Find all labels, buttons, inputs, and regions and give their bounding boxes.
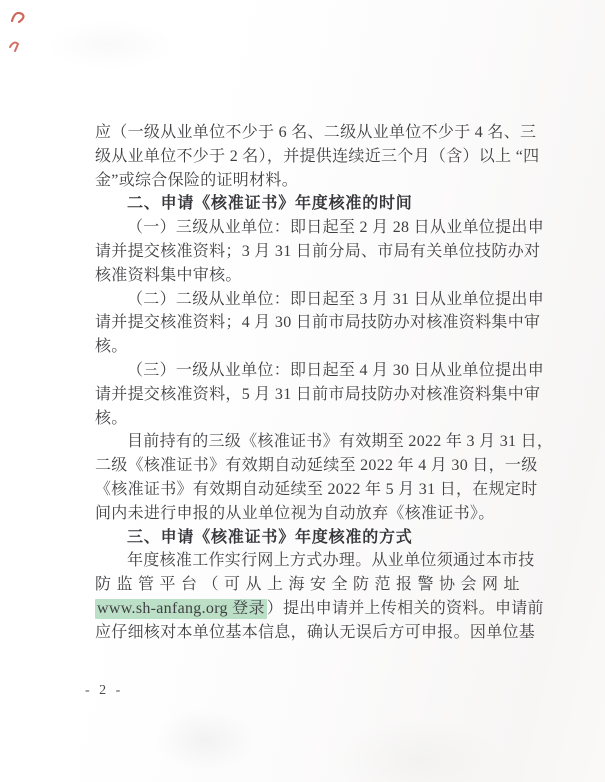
page-number: - 2 - [85,683,123,699]
text-line: 目前持有的三级《核准证书》有效期至 2022 年 3 月 31 日， [95,430,529,454]
text-line: 核。 [95,335,529,359]
document-page: 应（一级从业单位不少于 6 名、二级从业单位不少于 4 名、三 级从业单位不少于… [0,0,605,782]
text-line: 间内未进行申报的从业单位视为自动放弃《核准证书》。 [95,502,529,526]
text-line: （二）二级从业单位：即日起至 3 月 31 日从业单位提出申 [95,288,529,312]
text-line: 应（一级从业单位不少于 6 名、二级从业单位不少于 4 名、三 [95,121,529,145]
text-line: 请并提交核准资料；3 月 31 日前分局、市局有关单位技防办对 [95,240,529,264]
red-pen-marks-icon [5,6,33,58]
text-line: 应仔细核对本单位基本信息，确认无误后方可申报。因单位基 [95,621,529,645]
text-line: （三）一级从业单位：即日起至 4 月 30 日从业单位提出申 [95,359,529,383]
text-after-url: ）提出申请并上传相关的资料。申请前 [267,600,544,617]
text-line: 年度核准工作实行网上方式办理。从业单位须通过本市技 [95,549,529,573]
heading-section-2: 二、申请《核准证书》年度核准的时间 [95,192,529,216]
red-pen-mark-icon [10,43,18,51]
text-line: 核。 [95,407,529,431]
text-line: 核准资料集中审核。 [95,264,529,288]
text-line: （一）三级从业单位：即日起至 2 月 28 日从业单位提出申 [95,216,529,240]
text-line-with-url: www.sh-anfang.org 登录）提出申请并上传相关的资料。申请前 [95,597,529,621]
text-line: 金”或综合保险的证明材料。 [95,169,529,193]
text-line: 《核准证书》有效期自动延续至 2022 年 5 月 31 日，在规定时 [95,478,529,502]
text-line: 请并提交核准资料，5 月 31 日前市局技防办对核准资料集中审 [95,383,529,407]
text-line: 请并提交核准资料；4 月 30 日前市局技防办对核准资料集中审 [95,311,529,335]
heading-section-3: 三、申请《核准证书》年度核准的方式 [95,526,529,550]
text-line: 防监管平台（可从上海安全防范报警协会网址 [95,573,529,597]
text-line: 二级《核准证书》有效期自动延续至 2022 年 4 月 30 日，一级 [95,454,529,478]
red-pen-mark-icon [12,13,23,22]
document-body: 应（一级从业单位不少于 6 名、二级从业单位不少于 4 名、三 级从业单位不少于… [95,121,529,645]
highlighted-url: www.sh-anfang.org 登录 [95,599,267,619]
text-line: 级从业单位不少于 2 名），并提供连续近三个月（含）以上 “四 [95,145,529,169]
